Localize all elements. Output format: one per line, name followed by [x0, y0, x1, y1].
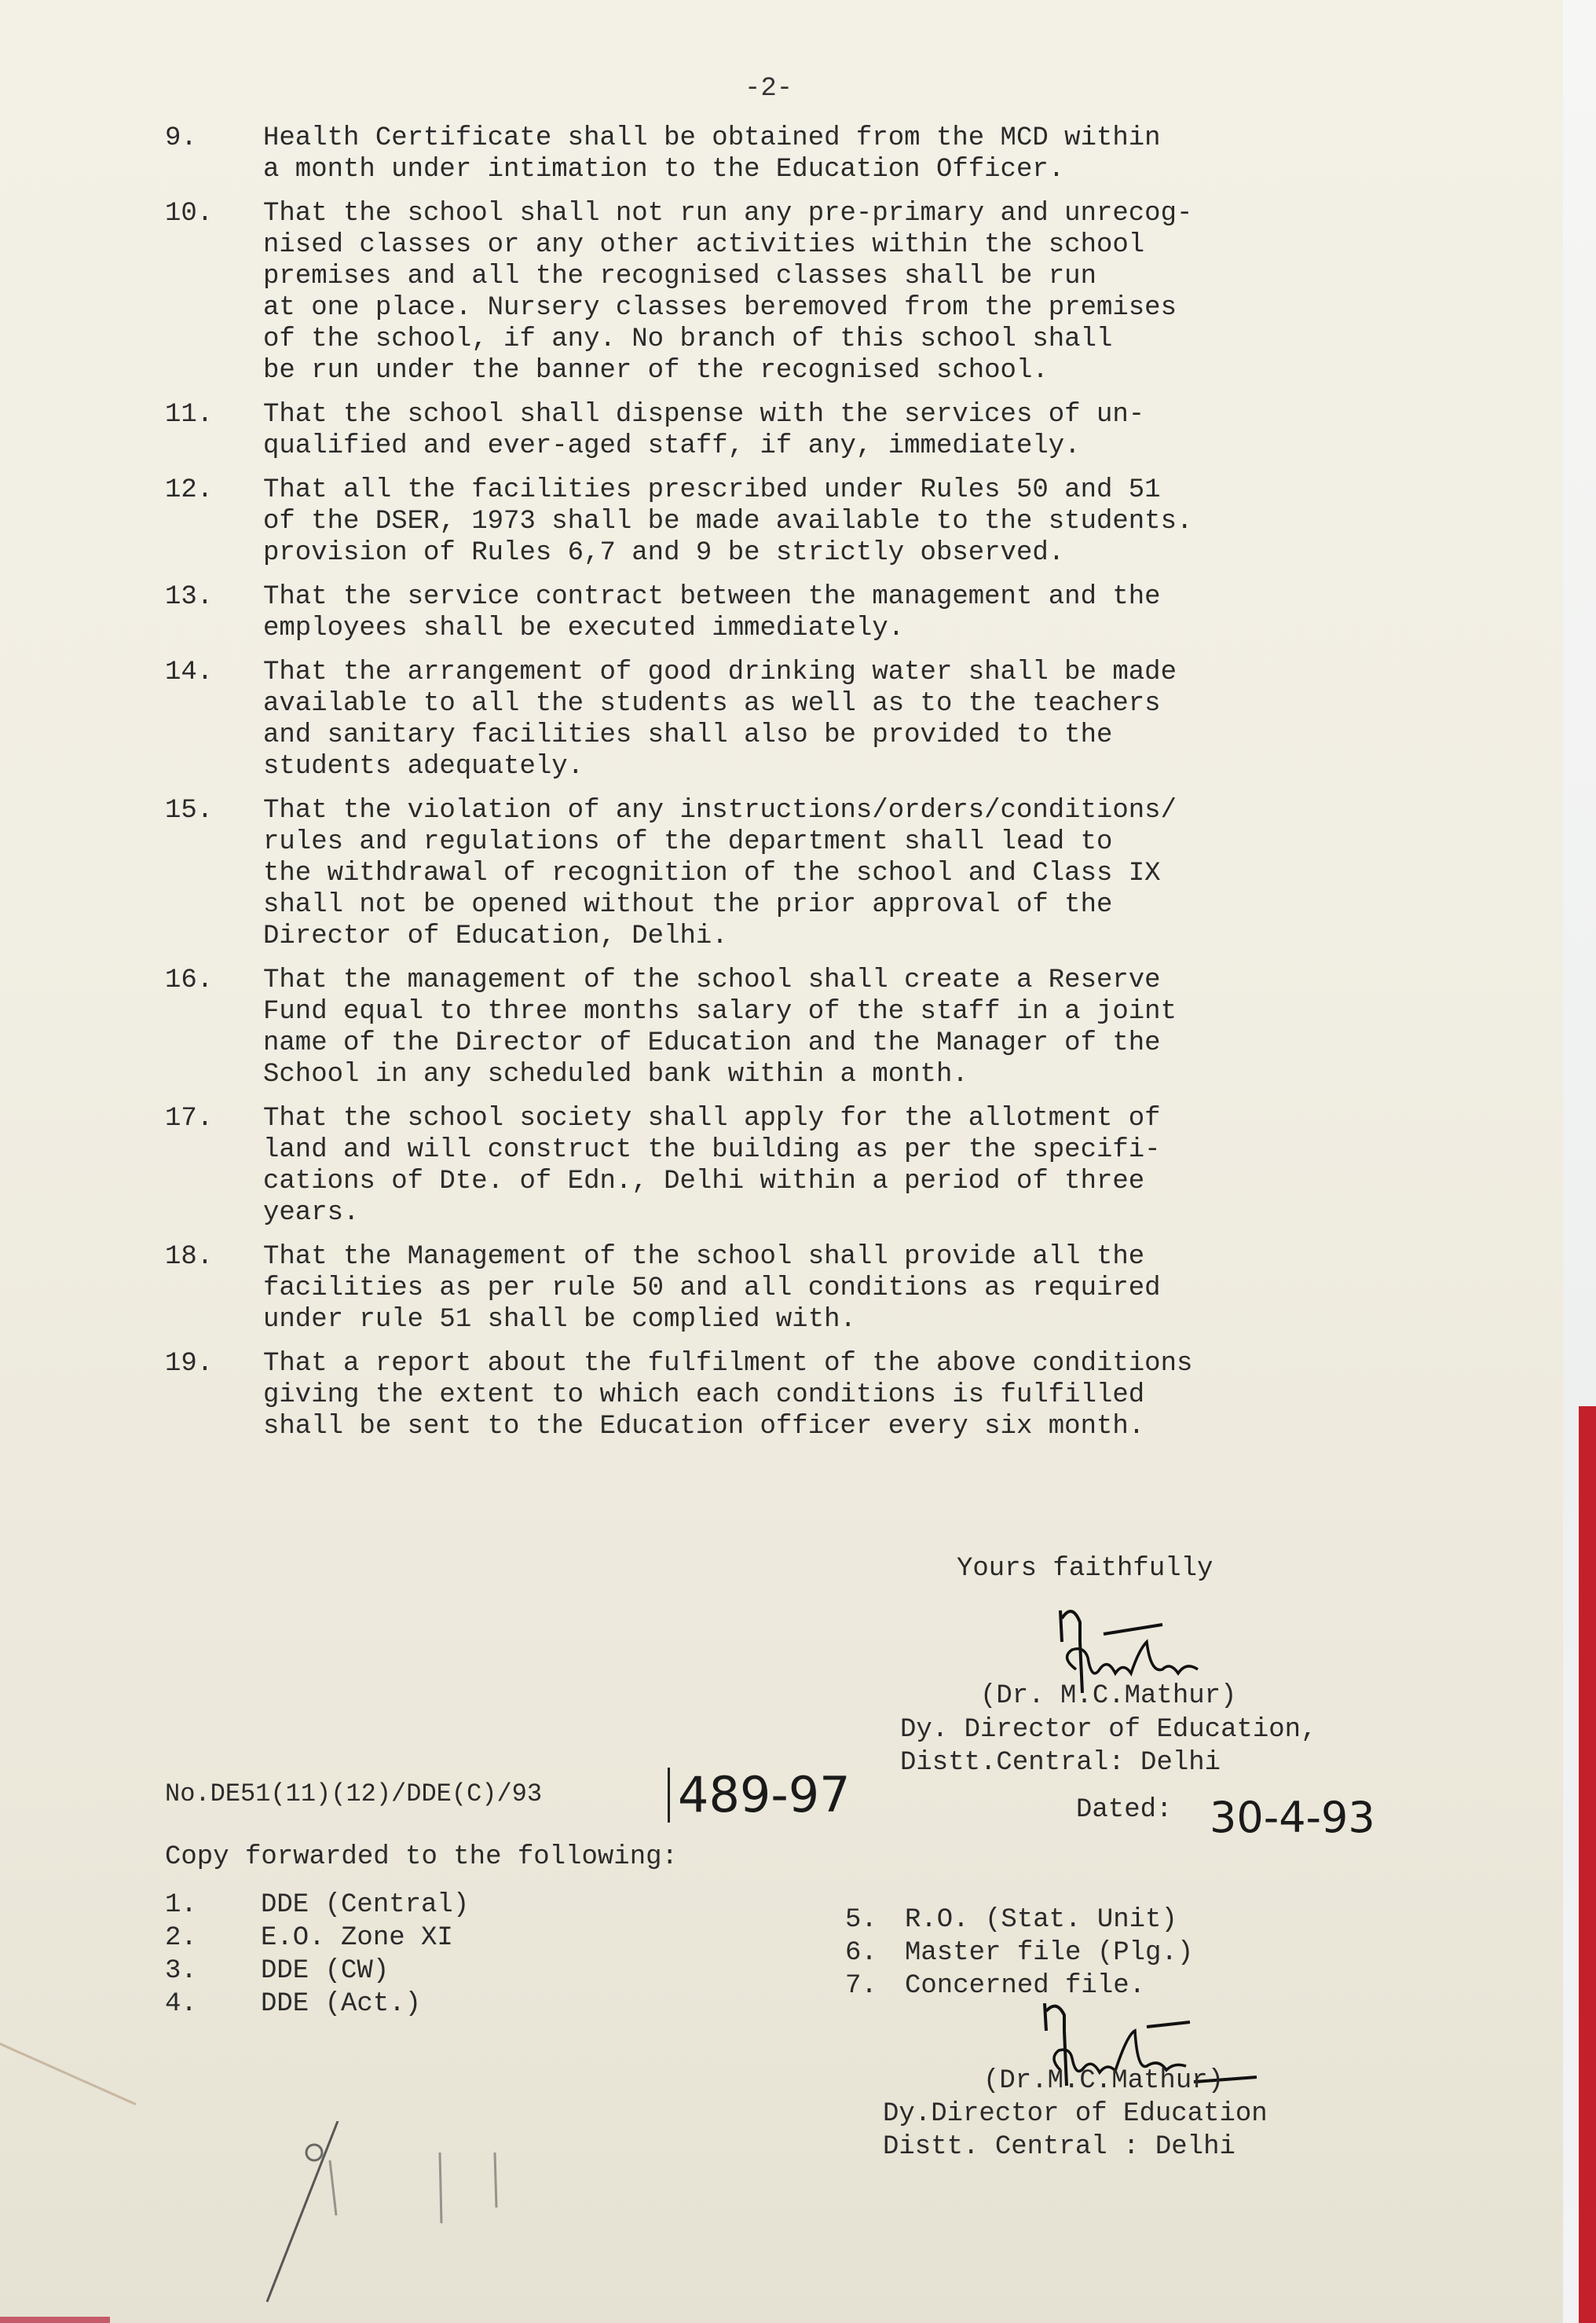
condition-text: That a report about the fulfilment of th…: [263, 1348, 1192, 1442]
signer-name: (Dr. M.C.Mathur): [980, 1681, 1236, 1711]
page-number: -2-: [745, 74, 793, 104]
condition-number: 19.: [165, 1348, 263, 1442]
condition-item: 14.That the arrangement of good drinking…: [165, 657, 1422, 782]
recipient-name: DDE (Central): [261, 1889, 469, 1922]
recipient-name: E.O. Zone XI: [261, 1922, 453, 1955]
condition-number: 10.: [165, 198, 263, 387]
condition-item: 17.That the school society shall apply f…: [165, 1103, 1422, 1229]
condition-item: 15.That the violation of any instruction…: [165, 795, 1422, 952]
condition-text: That the arrangement of good drinking wa…: [263, 657, 1177, 782]
condition-text: That the school shall not run any pre-pr…: [263, 198, 1192, 387]
recipient-number: 4.: [165, 1988, 261, 2021]
recipient-name: DDE (CW): [261, 1955, 389, 1988]
dated-value: 30-4-93: [1210, 1793, 1375, 1842]
condition-item: 18.That the Management of the school sha…: [165, 1241, 1422, 1336]
condition-item: 10.That the school shall not run any pre…: [165, 198, 1422, 387]
condition-number: 16.: [165, 965, 263, 1090]
conditions-list: 9.Health Certificate shall be obtained f…: [165, 123, 1422, 1455]
copy-forwarded-heading: Copy forwarded to the following:: [165, 1842, 678, 1872]
condition-text: That the school society shall apply for …: [263, 1103, 1161, 1229]
red-background-edge: [1579, 1406, 1596, 2323]
condition-number: 9.: [165, 123, 263, 185]
condition-item: 9.Health Certificate shall be obtained f…: [165, 123, 1422, 185]
copy-list-left: 1.DDE (Central) 2.E.O. Zone XI 3.DDE (CW…: [165, 1889, 469, 2021]
condition-text: That the school shall dispense with the …: [263, 399, 1144, 462]
handwritten-reference: 489-97: [668, 1768, 851, 1823]
recipient-number: 3.: [165, 1955, 261, 1988]
condition-number: 17.: [165, 1103, 263, 1229]
condition-number: 12.: [165, 474, 263, 569]
recipient-number: 6.: [845, 1936, 905, 1969]
copy-list-right: 5.R.O. (Stat. Unit) 6.Master file (Plg.)…: [845, 1903, 1193, 2002]
copy-recipient: 2.E.O. Zone XI: [165, 1922, 469, 1955]
condition-item: 19.That a report about the fulfilment of…: [165, 1348, 1422, 1442]
closing-salutation: Yours faithfully: [957, 1554, 1213, 1584]
condition-text: That the Management of the school shall …: [263, 1241, 1161, 1336]
condition-item: 16.That the management of the school sha…: [165, 965, 1422, 1090]
condition-number: 13.: [165, 581, 263, 644]
signer-title: Dy. Director of Education,: [900, 1715, 1317, 1745]
condition-number: 11.: [165, 399, 263, 462]
recipient-number: 2.: [165, 1922, 261, 1955]
condition-number: 14.: [165, 657, 263, 782]
signer-office: Distt.Central: Delhi: [900, 1748, 1221, 1778]
faded-stamp-marks: [236, 2121, 785, 2310]
condition-text: That the management of the school shall …: [263, 965, 1177, 1090]
copy-recipient: 3.DDE (CW): [165, 1955, 469, 1988]
signer2-office: Distt. Central : Delhi: [883, 2132, 1235, 2162]
reference-number: No.DE51(11)(12)/DDE(C)/93: [165, 1779, 542, 1808]
signer2-name: (Dr.M.C.Mathur): [983, 2066, 1224, 2096]
copy-recipient: 4.DDE (Act.): [165, 1988, 469, 2021]
recipient-number: 7.: [845, 1969, 905, 2002]
condition-item: 11.That the school shall dispense with t…: [165, 399, 1422, 462]
condition-item: 12.That all the facilities prescribed un…: [165, 474, 1422, 569]
copy-recipient: 1.DDE (Central): [165, 1889, 469, 1922]
copy-recipient: 5.R.O. (Stat. Unit): [845, 1903, 1193, 1936]
recipient-number: 1.: [165, 1889, 261, 1922]
condition-text: Health Certificate shall be obtained fro…: [263, 123, 1161, 185]
signer2-title: Dy.Director of Education: [883, 2099, 1268, 2129]
condition-text: That the service contract between the ma…: [263, 581, 1161, 644]
recipient-name: DDE (Act.): [261, 1988, 421, 2021]
recipient-number: 5.: [845, 1903, 905, 1936]
condition-item: 13.That the service contract between the…: [165, 581, 1422, 644]
red-background-corner: [0, 2317, 110, 2323]
condition-number: 18.: [165, 1241, 263, 1336]
recipient-name: Master file (Plg.): [905, 1936, 1193, 1969]
recipient-name: R.O. (Stat. Unit): [905, 1903, 1177, 1936]
dated-label: Dated:: [1076, 1795, 1172, 1825]
condition-text: That the violation of any instructions/o…: [263, 795, 1177, 952]
copy-recipient: 6.Master file (Plg.): [845, 1936, 1193, 1969]
condition-number: 15.: [165, 795, 263, 952]
condition-text: That all the facilities prescribed under…: [263, 474, 1192, 569]
